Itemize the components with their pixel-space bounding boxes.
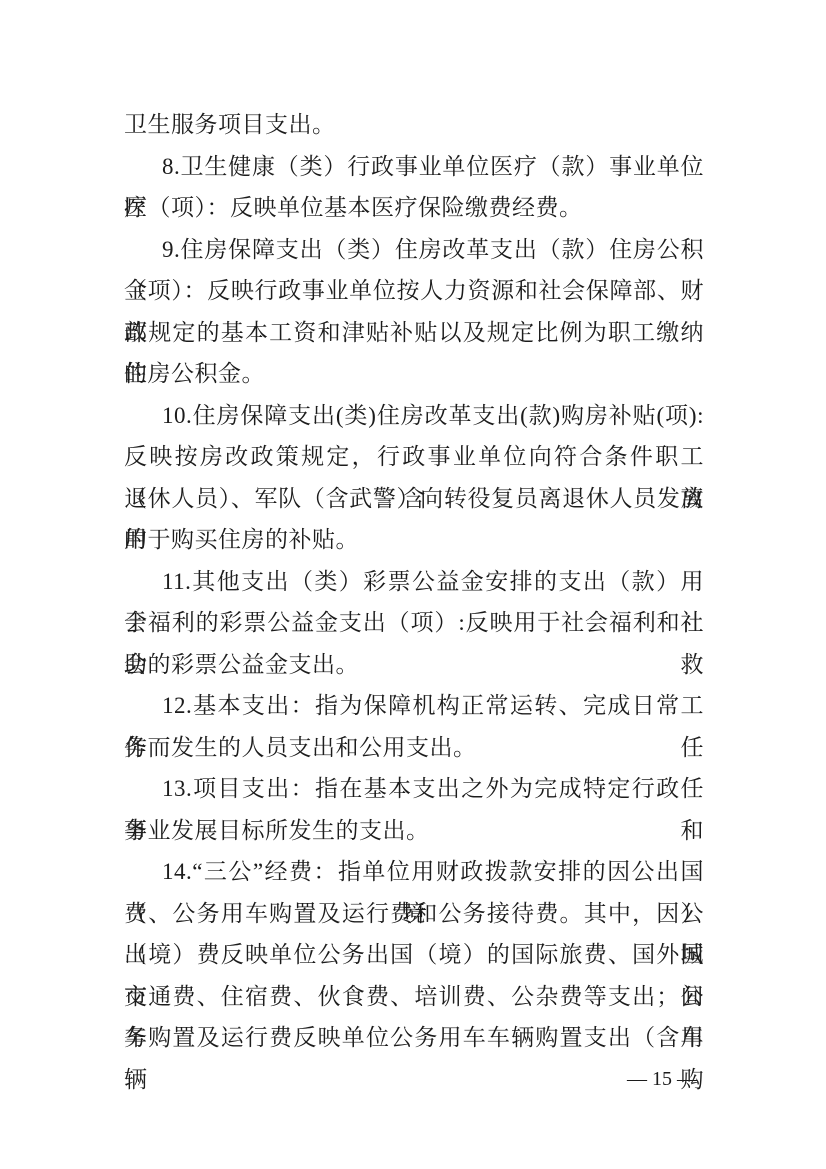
text-line: 交通费、住宿费、伙食费、培训费、公杂费等支出；公务用 — [124, 976, 704, 1018]
text-line: 10.住房保障支出(类)住房改革支出(款)购房补贴(项): — [124, 395, 704, 437]
body-text-block: 卫生服务项目支出。8.卫生健康（类）行政事业单位医疗（款）事业单位医疗（项）：反… — [124, 104, 704, 1059]
text-line: （境）费反映单位公务出国（境）的国际旅费、国外城市间 — [124, 934, 704, 976]
text-line: 部规定的基本工资和津贴补贴以及规定比例为职工缴纳的 — [124, 312, 704, 354]
text-line: 车购置及运行费反映单位公务用车车辆购置支出（含车辆购 — [124, 1017, 704, 1059]
text-line: 13.项目支出：指在基本支出之外为完成特定行政任务和 — [124, 768, 704, 810]
text-line: （项）：反映行政事业单位按人力资源和社会保障部、财政 — [124, 270, 704, 312]
text-line: 14.“三公”经费：指单位用财政拨款安排的因公出国（境） — [124, 851, 704, 893]
text-line: 8.卫生健康（类）行政事业单位医疗（款）事业单位医 — [124, 146, 704, 188]
page-number: — 15 — — [620, 1066, 704, 1092]
text-line: 疗（项）：反映单位基本医疗保险缴费经费。 — [124, 187, 704, 229]
text-line: 用于购买住房的补贴。 — [124, 519, 704, 561]
text-line: 11.其他支出（类）彩票公益金安排的支出（款）用于社 — [124, 561, 704, 603]
text-line: 12.基本支出：指为保障机构正常运转、完成日常工作任 — [124, 685, 704, 727]
text-line: 9.住房保障支出（类）住房改革支出（款）住房公积金 — [124, 229, 704, 271]
text-line: 反映按房改政策规定，行政事业单位向符合条件职工（含离 — [124, 436, 704, 478]
text-line: 费、公务用车购置及运行费和公务接待费。其中，因公出国 — [124, 893, 704, 935]
text-line: 退休人员）、军队（含武警）向转役复员离退休人员发放的 — [124, 478, 704, 520]
text-line: 会福利的彩票公益金支出（项）:反映用于社会福利和社会救 — [124, 602, 704, 644]
text-line: 住房公积金。 — [124, 353, 704, 395]
document-page: 卫生服务项目支出。8.卫生健康（类）行政事业单位医疗（款）事业单位医疗（项）：反… — [0, 0, 826, 1169]
text-line: 卫生服务项目支出。 — [124, 104, 704, 146]
